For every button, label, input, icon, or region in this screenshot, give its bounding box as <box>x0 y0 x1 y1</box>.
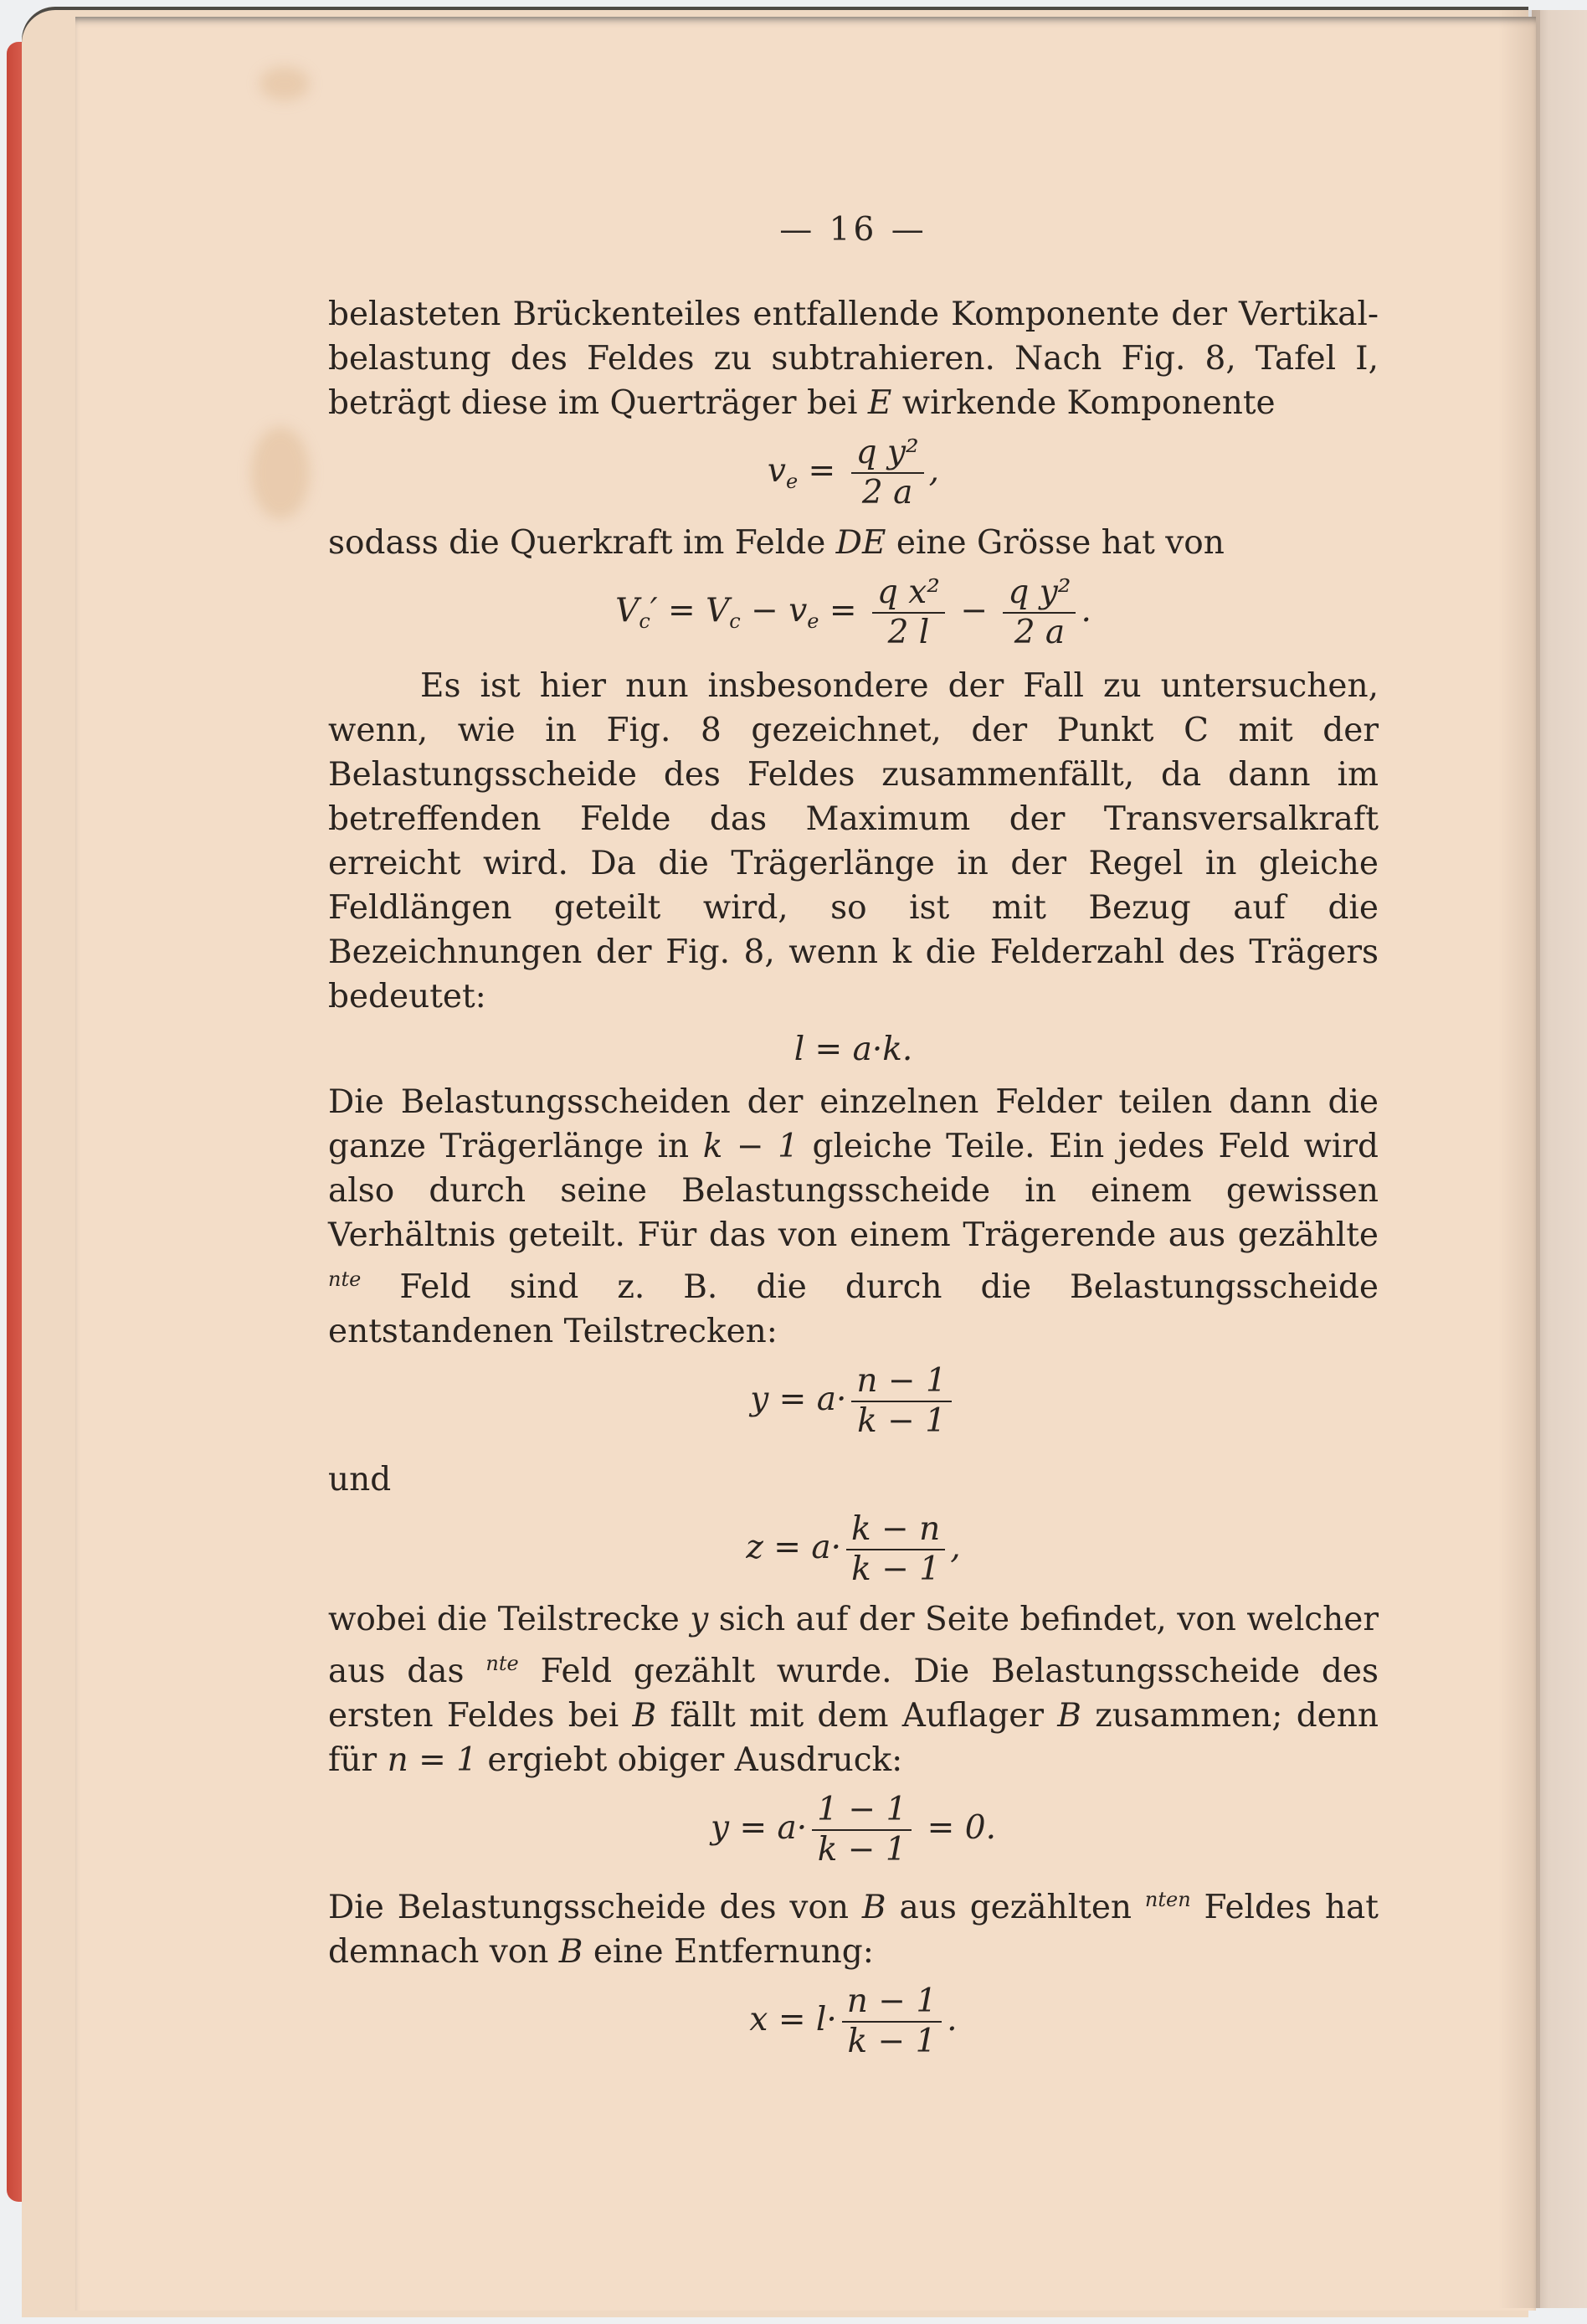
equation-vc-prime: Vc′ = Vc − ve = q x²2 l − q y²2 a. <box>328 573 1379 652</box>
paragraph-1: belasteten Brückenteiles entfallende Kom… <box>328 292 1379 425</box>
equation-y: y = a·n − 1k − 1 <box>328 1362 1379 1441</box>
equation-ve: ve = q y²2 a, <box>328 434 1379 512</box>
paragraph-3: Es ist hier nun insbesondere der Fall zu… <box>328 664 1379 1019</box>
equation-x: x = l·n − 1k − 1. <box>328 1982 1379 2061</box>
paragraph-2: sodass die Querkraft im Felde DE eine Gr… <box>328 521 1379 565</box>
equation-l: l = a·k. <box>328 1027 1379 1072</box>
paragraph-4: Die Belastungsscheiden der einzelnen Fel… <box>328 1080 1379 1354</box>
equation-y-zero: y = a·1 − 1k − 1 = 0. <box>328 1791 1379 1869</box>
paragraph-5: wobei die Teilstrecke y sich auf der Sei… <box>328 1597 1379 1782</box>
paper-stain <box>251 427 310 519</box>
equation-z: z = a·k − nk − 1, <box>328 1510 1379 1589</box>
page-text: — 16 — belasteten Brückenteiles entfalle… <box>328 208 1379 2069</box>
conjunction-und: und <box>328 1458 1379 1502</box>
page-number: — 16 — <box>328 208 1379 252</box>
paragraph-6: Die Belastungsscheide des von B aus gezä… <box>328 1878 1379 1974</box>
paper-stain <box>259 67 310 100</box>
gutter-shadow <box>1498 10 1540 2308</box>
